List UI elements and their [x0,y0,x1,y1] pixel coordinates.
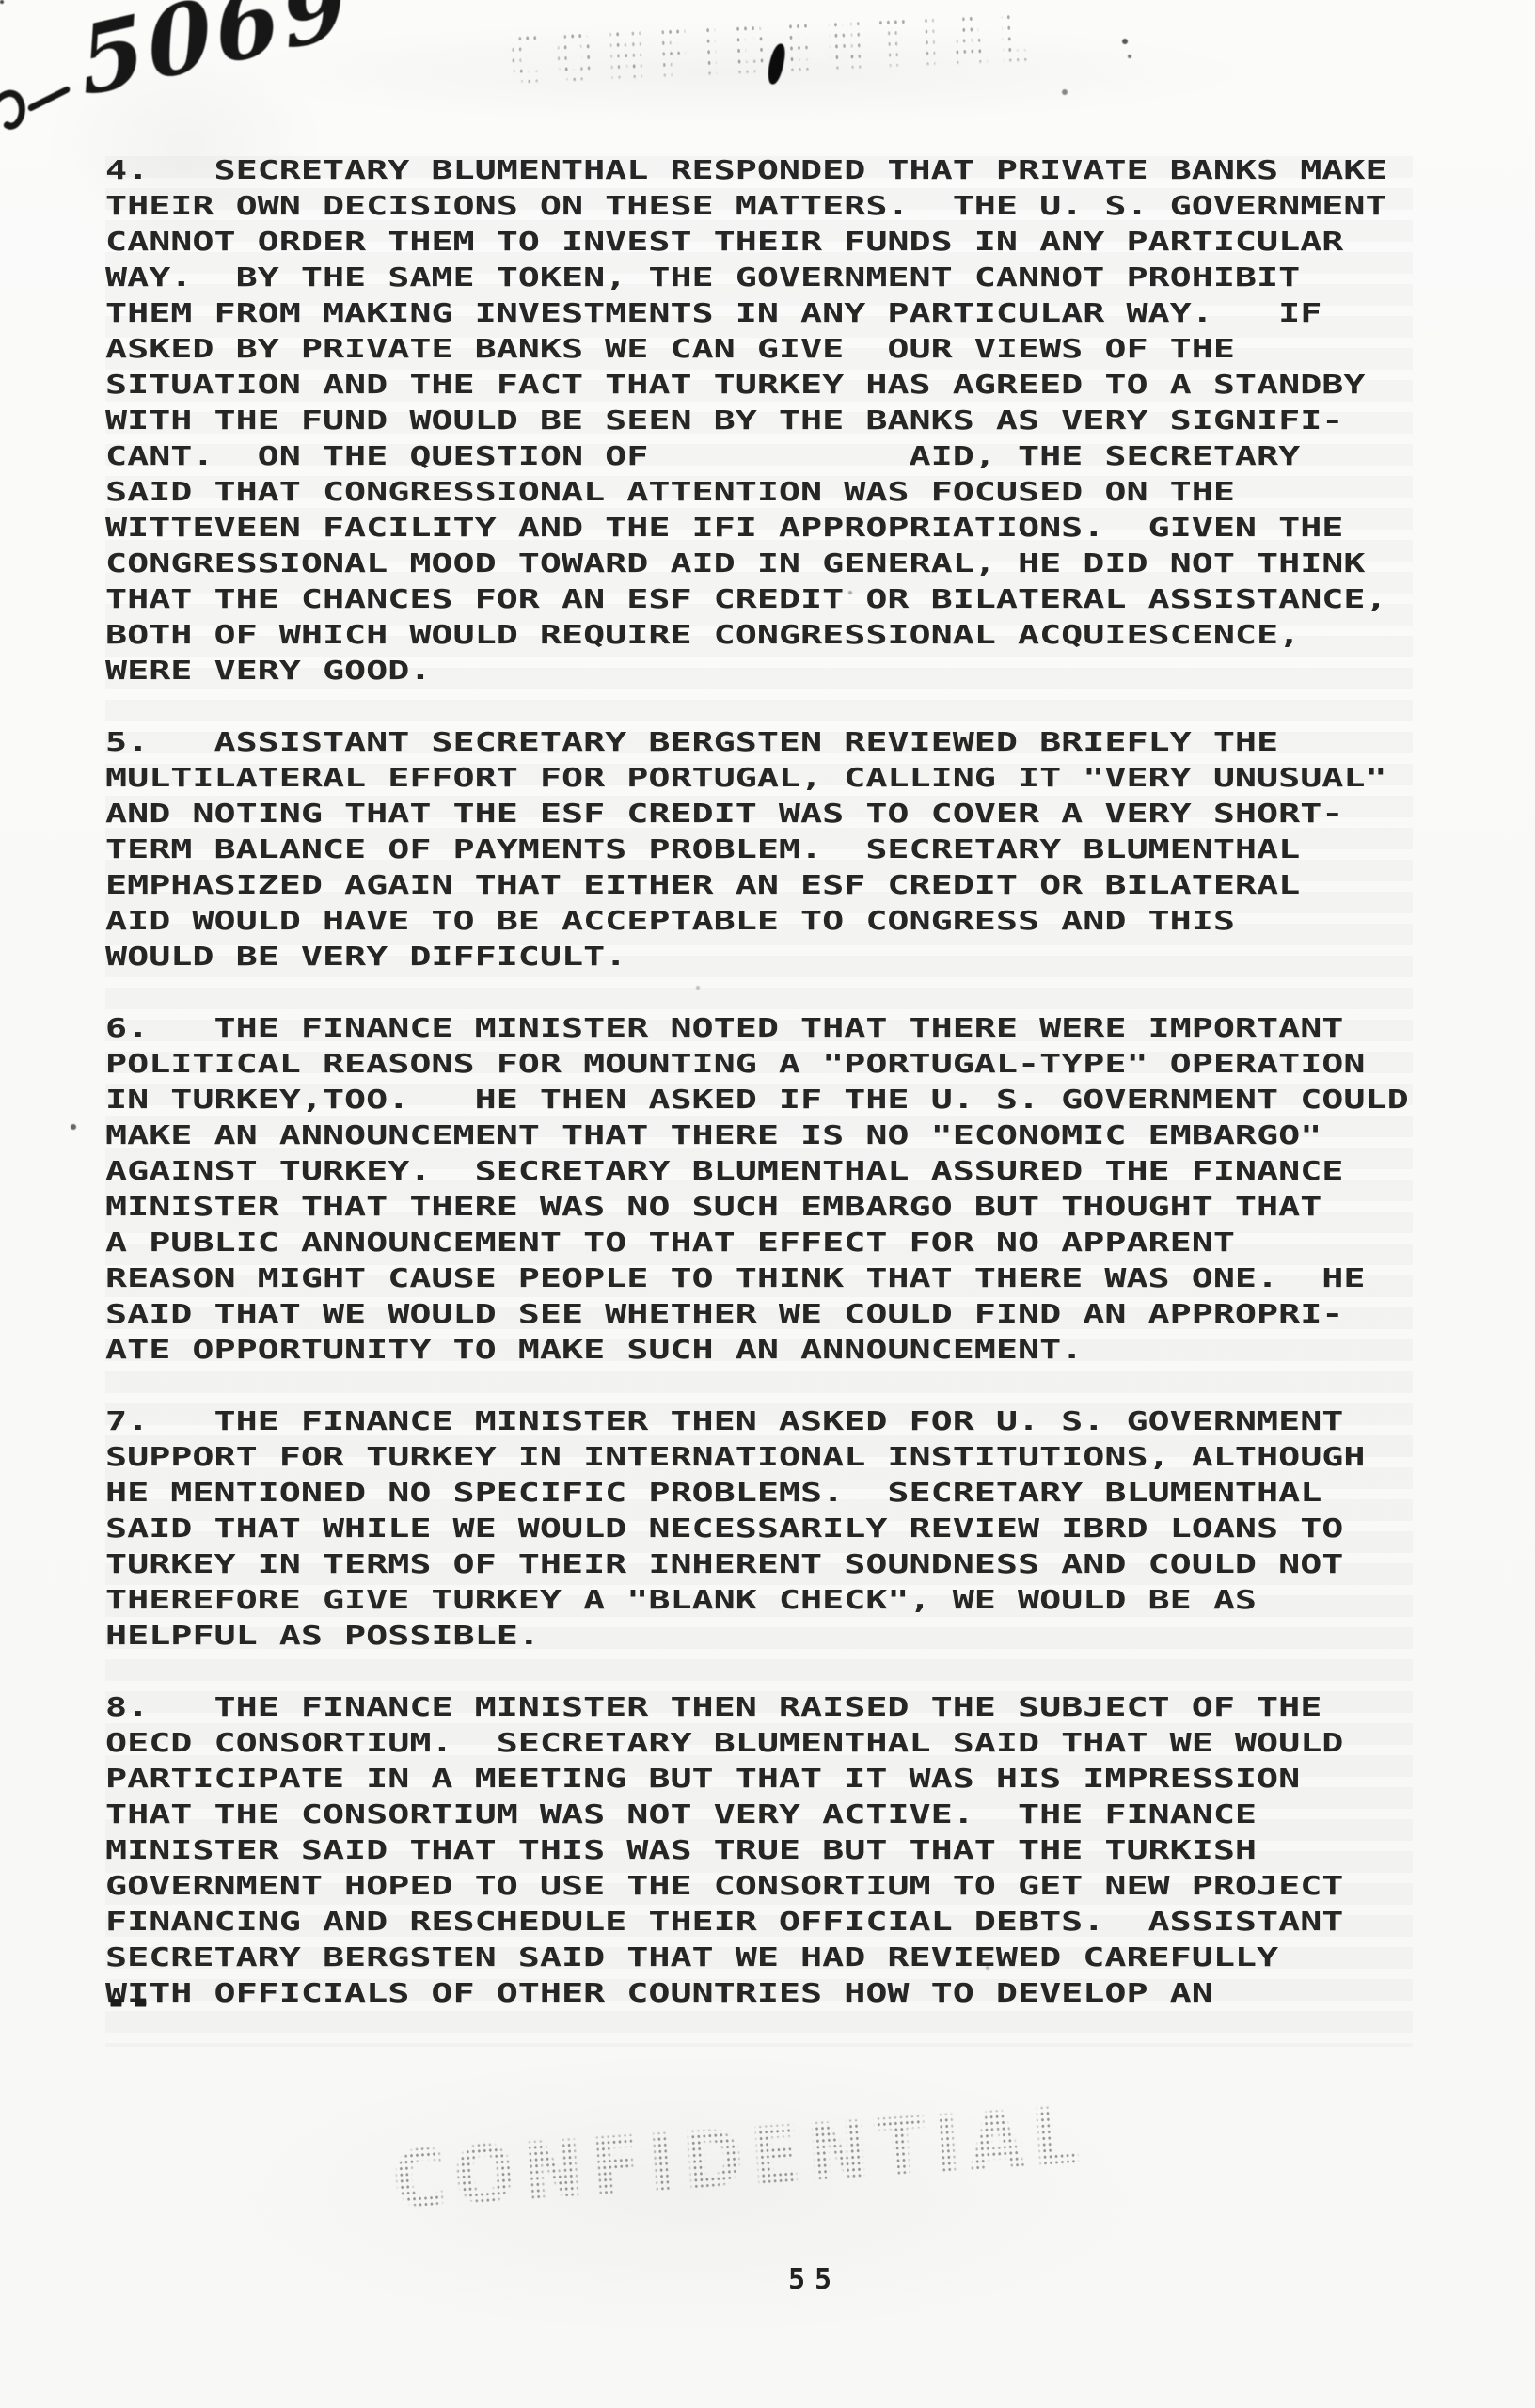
text-line: THAT THE CONSORTIUM WAS NOT VERY ACTIVE.… [105,1797,1535,1832]
text-line: CANT. ON THE QUESTION OF AID, THE SECRET… [105,438,1535,474]
text-line: SAID THAT WE WOULD SEE WHETHER WE COULD … [105,1296,1535,1332]
text-line: 8. THE FINANCE MINISTER THEN RAISED THE … [105,1689,1535,1725]
text-line: THEREFORE GIVE TURKEY A "BLANK CHECK", W… [105,1582,1535,1618]
text-line: POLITICAL REASONS FOR MOUNTING A "PORTUG… [105,1046,1535,1082]
text-line: A PUBLIC ANNOUNCEMENT TO THAT EFFECT FOR… [105,1225,1535,1260]
text-line: WITH THE FUND WOULD BE SEEN BY THE BANKS… [105,403,1535,438]
text-line: HELPFUL AS POSSIBLE. [105,1618,1535,1654]
text-line: MINISTER THAT THERE WAS NO SUCH EMBARGO … [105,1189,1535,1225]
text-line: SECRETARY BERGSTEN SAID THAT WE HAD REVI… [105,1940,1535,1975]
text-line: MAKE AN ANNOUNCEMENT THAT THERE IS NO "E… [105,1117,1535,1153]
continuation-mark: -- [105,1979,154,2020]
text-line: GOVERNMENT HOPED TO USE THE CONSORTIUM T… [105,1868,1535,1904]
text-line: 7. THE FINANCE MINISTER THEN ASKED FOR U… [105,1403,1535,1439]
text-line: ATE OPPORTUNITY TO MAKE SUCH AN ANNOUNCE… [105,1332,1535,1368]
scan-noise-specks [0,0,4,4]
text-line: 6. THE FINANCE MINISTER NOTED THAT THERE… [105,1010,1535,1046]
paragraph-7: 7. THE FINANCE MINISTER THEN ASKED FOR U… [105,1403,1413,1654]
text-line: WITTEVEEN FACILITY AND THE IFI APPROPRIA… [105,510,1535,546]
text-line: AGAINST TURKEY. SECRETARY BLUMENTHAL ASS… [105,1153,1535,1189]
text-line: ASKED BY PRIVATE BANKS WE CAN GIVE OUR V… [105,331,1535,367]
text-line: CONGRESSIONAL MOOD TOWARD AID IN GENERAL… [105,546,1535,581]
document-body: 4. SECRETARY BLUMENTHAL RESPONDED THAT P… [105,152,1413,2047]
text-line: OECD CONSORTIUM. SECRETARY BLUMENTHAL SA… [105,1725,1535,1761]
text-line: 5. ASSISTANT SECRETARY BERGSTEN REVIEWED… [105,724,1535,760]
text-line: PARTICIPATE IN A MEETING BUT THAT IT WAS… [105,1761,1535,1797]
text-line: TERM BALANCE OF PAYMENTS PROBLEM. SECRET… [105,832,1535,867]
text-line: SAID THAT WHILE WE WOULD NECESSARILY REV… [105,1511,1535,1546]
text-line: EMPHASIZED AGAIN THAT EITHER AN ESF CRED… [105,867,1535,903]
scanned-document-page: 5069 CONFIDENTIAL 4. SECRETARY BLUMENTHA… [0,0,1535,2408]
text-line: MINISTER SAID THAT THIS WAS TRUE BUT THA… [105,1832,1535,1868]
text-line: 4. SECRETARY BLUMENTHAL RESPONDED THAT P… [105,152,1535,188]
classification-stamp-bottom-faded: CONFIDENTIAL [390,2089,1089,2227]
text-line: CANNOT ORDER THEM TO INVEST THEIR FUNDS … [105,224,1535,260]
text-line: WERE VERY GOOD. [105,653,1535,689]
handwritten-reference-number: 5069 [0,0,357,146]
paragraph-5: 5. ASSISTANT SECRETARY BERGSTEN REVIEWED… [105,724,1413,974]
text-line: WITH OFFICIALS OF OTHER COUNTRIES HOW TO… [105,1975,1535,2011]
text-line: WOULD BE VERY DIFFICULT. [105,939,1535,974]
text-line: THEM FROM MAKING INVESTMENTS IN ANY PART… [105,295,1535,331]
text-line: SITUATION AND THE FACT THAT TURKEY HAS A… [105,367,1535,403]
text-line: THEIR OWN DECISIONS ON THESE MATTERS. TH… [105,188,1535,224]
text-line: TURKEY IN TERMS OF THEIR INHERENT SOUNDN… [105,1546,1535,1582]
text-line: HE MENTIONED NO SPECIFIC PROBLEMS. SECRE… [105,1475,1535,1511]
text-line: IN TURKEY,TOO. HE THEN ASKED IF THE U. S… [105,1082,1535,1117]
text-line: FINANCING AND RESCHEDULE THEIR OFFICIAL … [105,1904,1535,1940]
paragraph-4: 4. SECRETARY BLUMENTHAL RESPONDED THAT P… [105,152,1413,689]
text-line: MULTILATERAL EFFORT FOR PORTUGAL, CALLIN… [105,760,1535,796]
text-line: BOTH OF WHICH WOULD REQUIRE CONGRESSIONA… [105,617,1535,653]
handwriting-lead-stroke [0,56,78,146]
text-line: SUPPORT FOR TURKEY IN INTERNATIONAL INST… [105,1439,1535,1475]
text-line: WAY. BY THE SAME TOKEN, THE GOVERNMENT C… [105,260,1535,295]
page-number: 55 [788,2263,841,2296]
paragraph-6: 6. THE FINANCE MINISTER NOTED THAT THERE… [105,1010,1413,1368]
text-line: SAID THAT CONGRESSIONAL ATTENTION WAS FO… [105,474,1535,510]
paragraph-8: 8. THE FINANCE MINISTER THEN RAISED THE … [105,1689,1413,2011]
text-line: THAT THE CHANCES FOR AN ESF CREDIT OR BI… [105,581,1535,617]
text-line: AID WOULD HAVE TO BE ACCEPTABLE TO CONGR… [105,903,1535,939]
handwritten-number-text: 5069 [74,0,356,109]
text-line: AND NOTING THAT THE ESF CREDIT WAS TO CO… [105,796,1535,832]
text-line: REASON MIGHT CAUSE PEOPLE TO THINK THAT … [105,1260,1535,1296]
